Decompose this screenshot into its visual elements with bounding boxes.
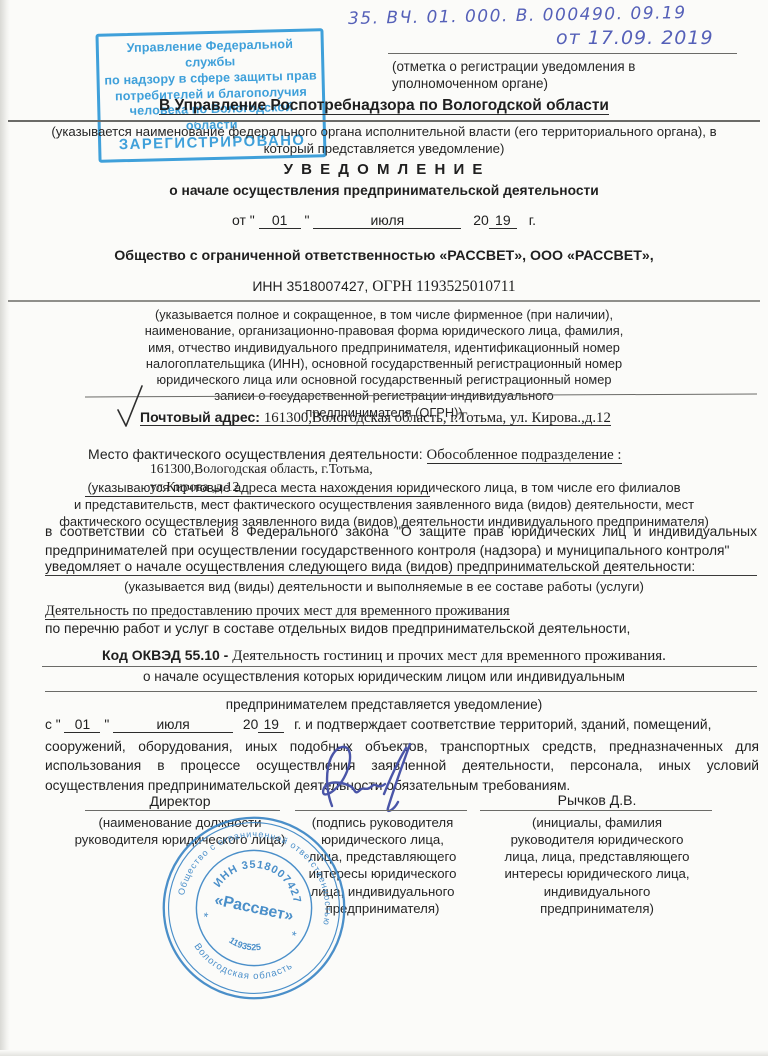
- name-caption-line: лица, лица, представляющего: [472, 848, 722, 865]
- activity-caption-2: предпринимателем представляется уведомле…: [0, 697, 768, 712]
- company-inn: ИНН 3518007427,: [252, 278, 368, 294]
- registration-note: (отметка о регистрации уведомления в упо…: [392, 58, 744, 93]
- date-century: 20: [473, 212, 489, 228]
- confirm-date-month: июля: [113, 717, 233, 733]
- seal-star-left: *: [202, 910, 210, 925]
- company-caption-line: налогоплательщика (ИНН), основной госуда…: [84, 356, 684, 372]
- scanned-notification-document: 35. ВЧ. 01. 000. В. 000490. 09.19 от 17.…: [0, 0, 768, 1056]
- confirm-date-tail: г. и подтверждает соответствие территори…: [294, 717, 711, 732]
- company-round-seal: Общество с ограниченной ответственностью…: [158, 812, 350, 1004]
- confirm-date-prefix: с ": [45, 717, 61, 732]
- confirm-date-year: 19: [258, 717, 284, 733]
- name-caption-line: интересы юридического лица,: [472, 865, 722, 882]
- place-caption-line: (указываются почтовые адреса места нахож…: [39, 480, 729, 497]
- name-caption-line: индивидуального: [472, 883, 722, 900]
- signature-line-role: [85, 810, 280, 811]
- name-caption-block: (инициалы, фамилия руководителя юридичес…: [472, 814, 722, 917]
- signature-line-sign: [295, 810, 467, 811]
- confirm-date-quote: ": [104, 717, 109, 732]
- handwritten-registration-date: от 17.09. 2019: [556, 27, 714, 49]
- scan-edge-shadow-bottom: [0, 1050, 768, 1056]
- divider-line: [45, 691, 757, 692]
- postal-address-value: 161300,Вологодская область, г.Тотьма, ул…: [264, 410, 611, 426]
- activity-caption-1: о начале осуществления которых юридическ…: [0, 669, 768, 684]
- recipient-caption: (указывается наименование федерального о…: [40, 123, 728, 140]
- document-subtitle: о начале осуществления предпринимательск…: [0, 183, 768, 198]
- date-quote: ": [305, 212, 310, 228]
- notifies-line: уведомляет о начале осуществления следую…: [45, 559, 757, 576]
- signer-role: Директор: [60, 793, 300, 809]
- confirm-date-day: 01: [64, 717, 100, 733]
- director-signature: [288, 740, 468, 816]
- document-title: У В Е Д О М Л Е Н И Е: [0, 161, 768, 178]
- date-suffix: г.: [529, 212, 536, 228]
- okved-code-value: Деятельность гостиниц и прочих мест для …: [232, 648, 666, 664]
- company-caption-line: юридического лица или основной государст…: [84, 372, 684, 388]
- law-reference-paragraph: в соответствии со статьей 8 Федерального…: [45, 523, 757, 560]
- divider-line: [8, 120, 760, 122]
- registration-date-line: [388, 53, 737, 54]
- scan-edge-shadow: [0, 0, 10, 1056]
- stamp-line: Управление Федеральной службы: [101, 36, 320, 73]
- name-caption-line: (инициалы, фамилия: [472, 814, 722, 831]
- recipient-title: В Управление Роспотребнадзора по Вологод…: [159, 97, 609, 115]
- divider-line: [42, 666, 757, 667]
- recipient-caption: который представляется уведомление): [40, 140, 728, 157]
- okved-code-label: Код ОКВЭД 55.10 -: [102, 647, 228, 663]
- handwritten-registration-number: 35. ВЧ. 01. 000. В. 000490. 09.19: [348, 3, 687, 29]
- activity-description-2: по перечню работ и услуг в составе отдел…: [45, 621, 630, 636]
- signature-line-name: [480, 810, 712, 811]
- name-caption-line: руководителя юридического: [472, 831, 722, 848]
- company-name-line: Общество с ограниченной ответственностью…: [0, 248, 768, 264]
- name-caption-line: предпринимателя): [472, 900, 722, 917]
- notice-date-line: от " 01 " июля 2019 г.: [0, 212, 768, 229]
- activity-kind-caption: (указывается вид (виды) деятельности и в…: [0, 579, 768, 594]
- date-month: июля: [313, 212, 461, 229]
- company-caption-line: имя, отчество индивидуального предприним…: [84, 340, 684, 356]
- company-caption-line: (указывается полное и сокращенное, в том…: [84, 307, 684, 323]
- confirmation-date-line: с " 01 " июля 2019 г. и подтверждает соо…: [45, 717, 757, 733]
- company-caption-block: (указывается полное и сокращенное, в том…: [84, 307, 684, 421]
- date-prefix: от ": [232, 212, 255, 228]
- signer-name: Рычков Д.В.: [478, 792, 716, 808]
- seal-star-right: *: [290, 929, 298, 944]
- place-caption-line: и представительств, мест фактического ос…: [39, 497, 729, 514]
- company-ogrn: ОГРН 1193525010711: [372, 278, 515, 295]
- divider-line: [8, 300, 760, 302]
- activity-description: Деятельность по предоставлению прочих ме…: [45, 603, 510, 620]
- date-day: 01: [259, 212, 301, 229]
- date-year: 19: [489, 212, 517, 229]
- seal-company-name: «Рассвет»: [213, 892, 295, 925]
- postal-address-label: Почтовый адрес:: [140, 409, 260, 425]
- place-value: Обособленное подразделение :: [427, 447, 622, 464]
- confirm-date-century: 20: [243, 717, 258, 732]
- company-caption-line: наименование, организационно-правовая фо…: [84, 323, 684, 339]
